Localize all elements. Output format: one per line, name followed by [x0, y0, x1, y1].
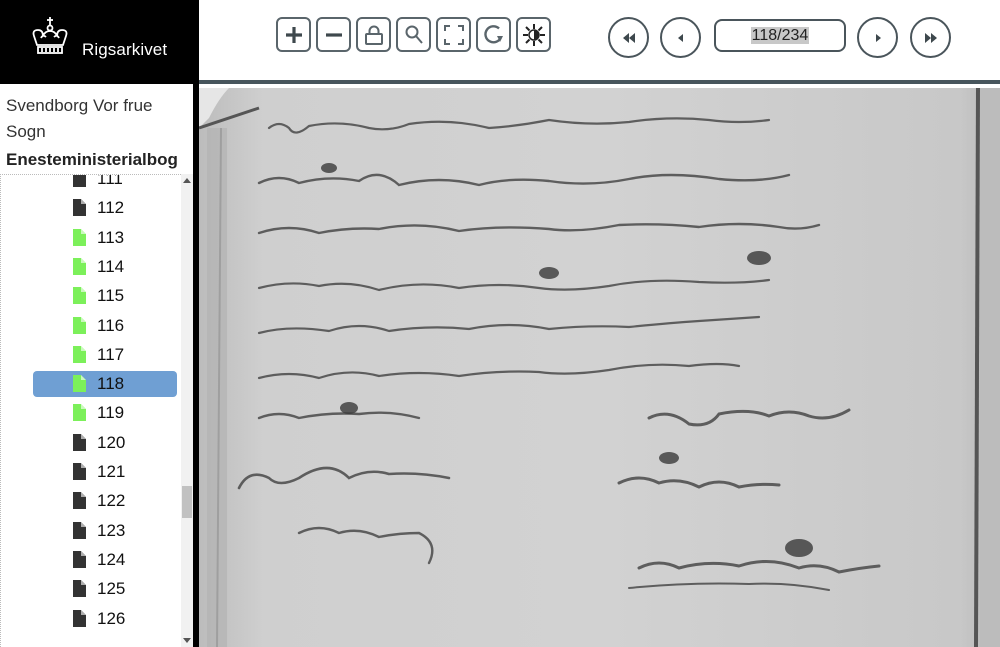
logo-header: Rigsarkivet [0, 0, 199, 84]
next-page-button[interactable] [857, 17, 898, 58]
page-tree-item[interactable]: 116 [33, 313, 177, 339]
fullscreen-icon [442, 23, 466, 47]
page-tree-item[interactable]: 118 [33, 371, 177, 397]
file-icon [73, 317, 86, 334]
tree-scrollbar[interactable] [181, 174, 193, 647]
first-page-button[interactable] [608, 17, 649, 58]
first-page-icon [621, 30, 637, 46]
lock-button[interactable] [356, 17, 391, 52]
next-page-icon [870, 30, 886, 46]
page-tree-item[interactable]: 119 [33, 400, 177, 426]
page-tree-item-label: 124 [97, 550, 125, 570]
page-tree-item-label: 111 [97, 174, 123, 189]
page-tree-item-label: 113 [97, 228, 124, 248]
file-icon [73, 551, 86, 568]
page-tree-item-label: 117 [97, 345, 124, 365]
file-icon [73, 258, 86, 275]
scroll-thumb[interactable] [182, 486, 192, 518]
brand-name: Rigsarkivet [82, 40, 167, 60]
zoom-out-button[interactable] [316, 17, 351, 52]
file-icon [73, 287, 86, 304]
page-tree-item-label: 118 [97, 374, 124, 394]
file-icon [73, 434, 86, 451]
page-number-value: 118/234 [751, 27, 810, 44]
file-icon [73, 199, 86, 216]
page-tree-item[interactable]: 111 [33, 174, 177, 192]
page-tree-item[interactable]: 115 [33, 283, 177, 309]
viewer-toolbar: 118/234 [199, 0, 1000, 84]
page-tree-item[interactable]: 117 [33, 342, 177, 368]
handwritten-register-scan [199, 88, 1000, 647]
sidebar: Svendborg Vor frue Sogn Enesteministeria… [0, 84, 193, 647]
file-icon [73, 522, 86, 539]
breadcrumb-parish-cont[interactable]: Sogn [6, 122, 46, 142]
page-tree-item[interactable]: 125 [33, 576, 177, 602]
prev-page-button[interactable] [660, 17, 701, 58]
document-image-viewer[interactable] [199, 88, 1000, 647]
lock-icon [362, 23, 386, 47]
page-tree-item-label: 121 [97, 462, 125, 482]
file-icon [73, 463, 86, 480]
page-tree-item-label: 112 [97, 198, 124, 218]
rotate-icon [482, 23, 506, 47]
file-icon [73, 492, 86, 509]
breadcrumb-book[interactable]: Enesteministerialbog [6, 150, 196, 170]
page-tree-item[interactable]: 120 [33, 430, 177, 456]
page-tree-item[interactable]: 124 [33, 547, 177, 573]
last-page-button[interactable] [910, 17, 951, 58]
prev-page-icon [673, 30, 689, 46]
page-tree-item[interactable]: 121 [33, 459, 177, 485]
file-icon [73, 229, 86, 246]
page-tree-item[interactable]: 113 [33, 225, 177, 251]
page-tree-item[interactable]: 112 [33, 195, 177, 221]
file-icon [73, 346, 86, 363]
page-tree-item[interactable]: 123 [33, 518, 177, 544]
magnifier-button[interactable] [396, 17, 431, 52]
file-icon [73, 580, 86, 597]
page-number-input[interactable]: 118/234 [714, 19, 846, 52]
minus-icon [322, 23, 346, 47]
crown-icon [30, 16, 70, 58]
archive-viewer-app: Rigsarkivet 118/234 [0, 0, 1000, 647]
file-icon [73, 404, 86, 421]
page-tree-item-label: 126 [97, 609, 125, 629]
page-tree-item-label: 122 [97, 491, 125, 511]
magnifier-icon [402, 23, 426, 47]
file-icon [73, 610, 86, 627]
page-tree-item[interactable]: 126 [33, 606, 177, 632]
page-tree-item[interactable]: 122 [33, 488, 177, 514]
page-tree-item-label: 116 [97, 316, 124, 336]
scroll-up-arrow[interactable] [183, 178, 191, 183]
breadcrumb-parish[interactable]: Svendborg Vor frue [6, 96, 152, 116]
page-tree-item-label: 123 [97, 521, 125, 541]
brightness-icon [522, 23, 546, 47]
file-icon [73, 375, 86, 392]
brightness-button[interactable] [516, 17, 551, 52]
page-tree-item-label: 115 [97, 286, 124, 306]
page-tree: 1111121131141151161171181191201211221231… [0, 174, 193, 647]
page-tree-item-label: 120 [97, 433, 125, 453]
scroll-down-arrow[interactable] [183, 638, 191, 643]
fullscreen-button[interactable] [436, 17, 471, 52]
rotate-button[interactable] [476, 17, 511, 52]
page-tree-item-label: 114 [97, 257, 124, 277]
last-page-icon [923, 30, 939, 46]
page-tree-item-label: 125 [97, 579, 125, 599]
file-icon [73, 174, 86, 187]
page-tree-item-label: 119 [97, 403, 124, 423]
page-tree-item[interactable]: 114 [33, 254, 177, 280]
zoom-in-button[interactable] [276, 17, 311, 52]
plus-icon [282, 23, 306, 47]
